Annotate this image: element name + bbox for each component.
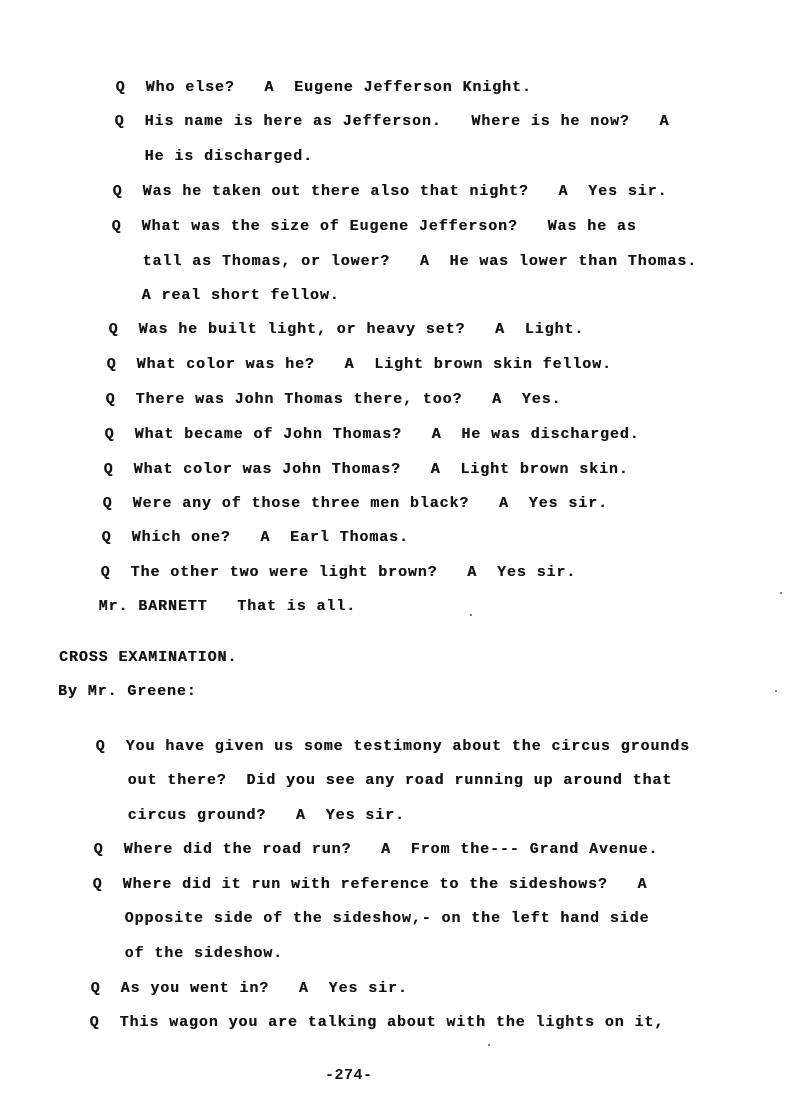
- line-text: What color was he? A Light brown skin fe…: [137, 356, 612, 373]
- line-text: Which one? A Earl Thomas.: [132, 529, 409, 546]
- scan-speck: [470, 614, 472, 616]
- question-marker: Q: [106, 391, 136, 409]
- line-text: tall as Thomas, or lower? A He was lower…: [143, 253, 697, 270]
- scan-speck: [488, 1044, 490, 1046]
- line-text: You have given us some testimony about t…: [126, 738, 690, 755]
- line-text: Was he built light, or heavy set? A Ligh…: [139, 321, 585, 338]
- line-text: Was he taken out there also that night? …: [143, 183, 668, 200]
- line-text: What color was John Thomas? A Light brow…: [134, 461, 629, 478]
- question-marker: Q: [105, 426, 135, 444]
- line-text: Where did it run with reference to the s…: [123, 876, 648, 893]
- line-text: circus ground? A Yes sir.: [128, 807, 405, 824]
- page-number: -274-: [325, 1067, 373, 1084]
- line-text: Who else? A Eugene Jefferson Knight.: [146, 79, 532, 96]
- line-text: Were any of those three men black? A Yes…: [133, 495, 608, 512]
- transcript-line: QThis wagon you are talking about with t…: [50, 996, 664, 1050]
- line-text: A real short fellow.: [142, 287, 340, 304]
- line-text: The other two were light brown? A Yes si…: [131, 564, 577, 581]
- line-text: As you went in? A Yes sir.: [121, 980, 408, 997]
- question-marker: Q: [109, 321, 139, 339]
- question-marker: Q: [107, 356, 137, 374]
- line-text: There was John Thomas there, too? A Yes.: [136, 391, 562, 408]
- question-marker: Q: [112, 218, 142, 236]
- question-marker: Q: [113, 183, 143, 201]
- line-text: His name is here as Jefferson. Where is …: [145, 113, 670, 130]
- scan-speck: [775, 690, 777, 692]
- examiner-line: By Mr. Greene:: [58, 683, 197, 701]
- speaker-line: Mr. BARNETT That is all.: [59, 580, 356, 634]
- scan-speck: [780, 592, 782, 594]
- line-text: Opposite side of the sideshow,- on the l…: [125, 910, 650, 927]
- line-text: out there? Did you see any road running …: [128, 772, 673, 789]
- question-marker: Q: [115, 113, 145, 131]
- line-text: Where did the road run? A From the--- Gr…: [124, 841, 659, 858]
- line-text: What was the size of Eugene Jefferson? W…: [142, 218, 637, 235]
- line-text: He is discharged.: [145, 148, 313, 165]
- line-text: What became of John Thomas? A He was dis…: [135, 426, 640, 443]
- question-marker: Q: [90, 1014, 120, 1032]
- section-heading: CROSS EXAMINATION.: [59, 649, 237, 667]
- question-marker: Q: [94, 841, 124, 859]
- line-text: of the sideshow.: [125, 945, 283, 962]
- question-marker: Q: [102, 529, 132, 547]
- transcript-page: QWho else? A Eugene Jefferson Knight. QH…: [0, 0, 800, 1099]
- line-text: This wagon you are talking about with th…: [120, 1014, 665, 1031]
- line-text: Mr. BARNETT That is all.: [99, 598, 356, 615]
